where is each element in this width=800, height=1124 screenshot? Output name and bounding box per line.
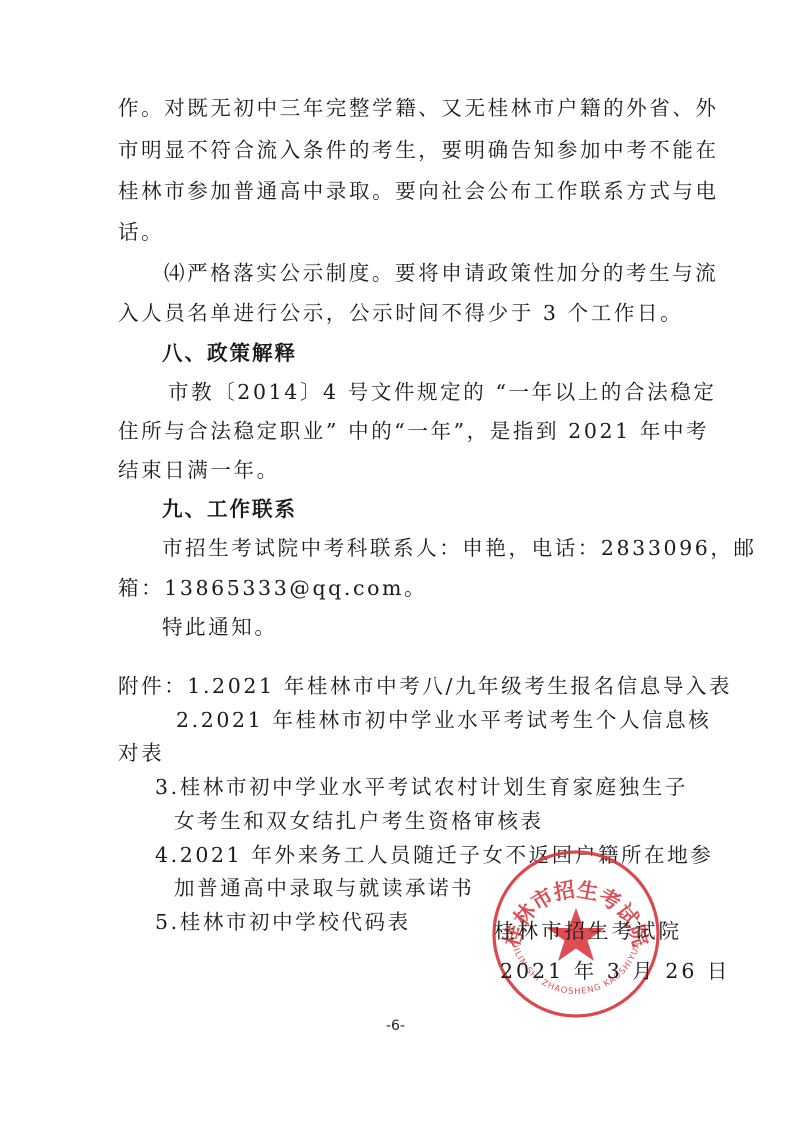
section-nine-heading: 九、工作联系: [162, 496, 297, 522]
attachment-line: 对表: [118, 740, 164, 766]
closing-text: 特此通知。: [162, 614, 278, 640]
paragraph-line: 桂林市参加普通高中录取。要向社会公布工作联系方式与电: [118, 178, 719, 204]
document-page: 作。对既无初中三年完整学籍、又无桂林市户籍的外省、外 市明显不符合流入条件的考生…: [0, 0, 800, 1124]
section-nine-line: 市招生考试院中考科联系人：申艳，电话：2833096，邮: [162, 535, 757, 561]
section-nine-line: 箱：13865333@qq.com。: [118, 575, 427, 601]
item-four-line: 入人员名单进行公示，公示时间不得少于 3 个工作日。: [118, 300, 683, 326]
item-four-line: ⑷严格落实公示制度。要将申请政策性加分的考生与流: [164, 260, 718, 286]
paragraph-line: 市明显不符合流入条件的考生，要明确告知参加中考不能在: [118, 137, 719, 163]
attachment-line: 2.2021 年桂林市初中学业水平考试考生个人信息核: [176, 707, 711, 733]
paragraph-line: 话。: [118, 219, 164, 245]
attachment-line: 5.桂林市初中学校代码表: [155, 909, 411, 935]
attachment-line: 女考生和双女结扎户考生资格审核表: [174, 808, 544, 834]
section-eight-line: 结束日满一年。: [118, 457, 280, 483]
paragraph-line: 作。对既无初中三年完整学籍、又无桂林市户籍的外省、外: [118, 95, 719, 121]
attachment-line: 3.桂林市初中学业水平考试农村计划生育家庭独生子: [155, 774, 688, 800]
page-number: -6-: [386, 1018, 405, 1034]
attachment-line: 附件：1.2021 年桂林市中考八/九年级考生报名信息导入表: [118, 673, 732, 699]
signature-organization: 桂林市招生考试院: [494, 918, 682, 944]
attachment-line: 加普通高中录取与就读承诺书: [174, 875, 474, 901]
signature-date: 2021 年 3 月 26 日: [500, 958, 730, 984]
section-eight-heading: 八、政策解释: [162, 340, 297, 366]
section-eight-line: 市教〔2014〕4 号文件规定的 “一年以上的合法稳定: [168, 379, 716, 405]
section-eight-line: 住所与合法稳定职业” 中的“一年”，是指到 2021 年中考: [118, 418, 709, 444]
